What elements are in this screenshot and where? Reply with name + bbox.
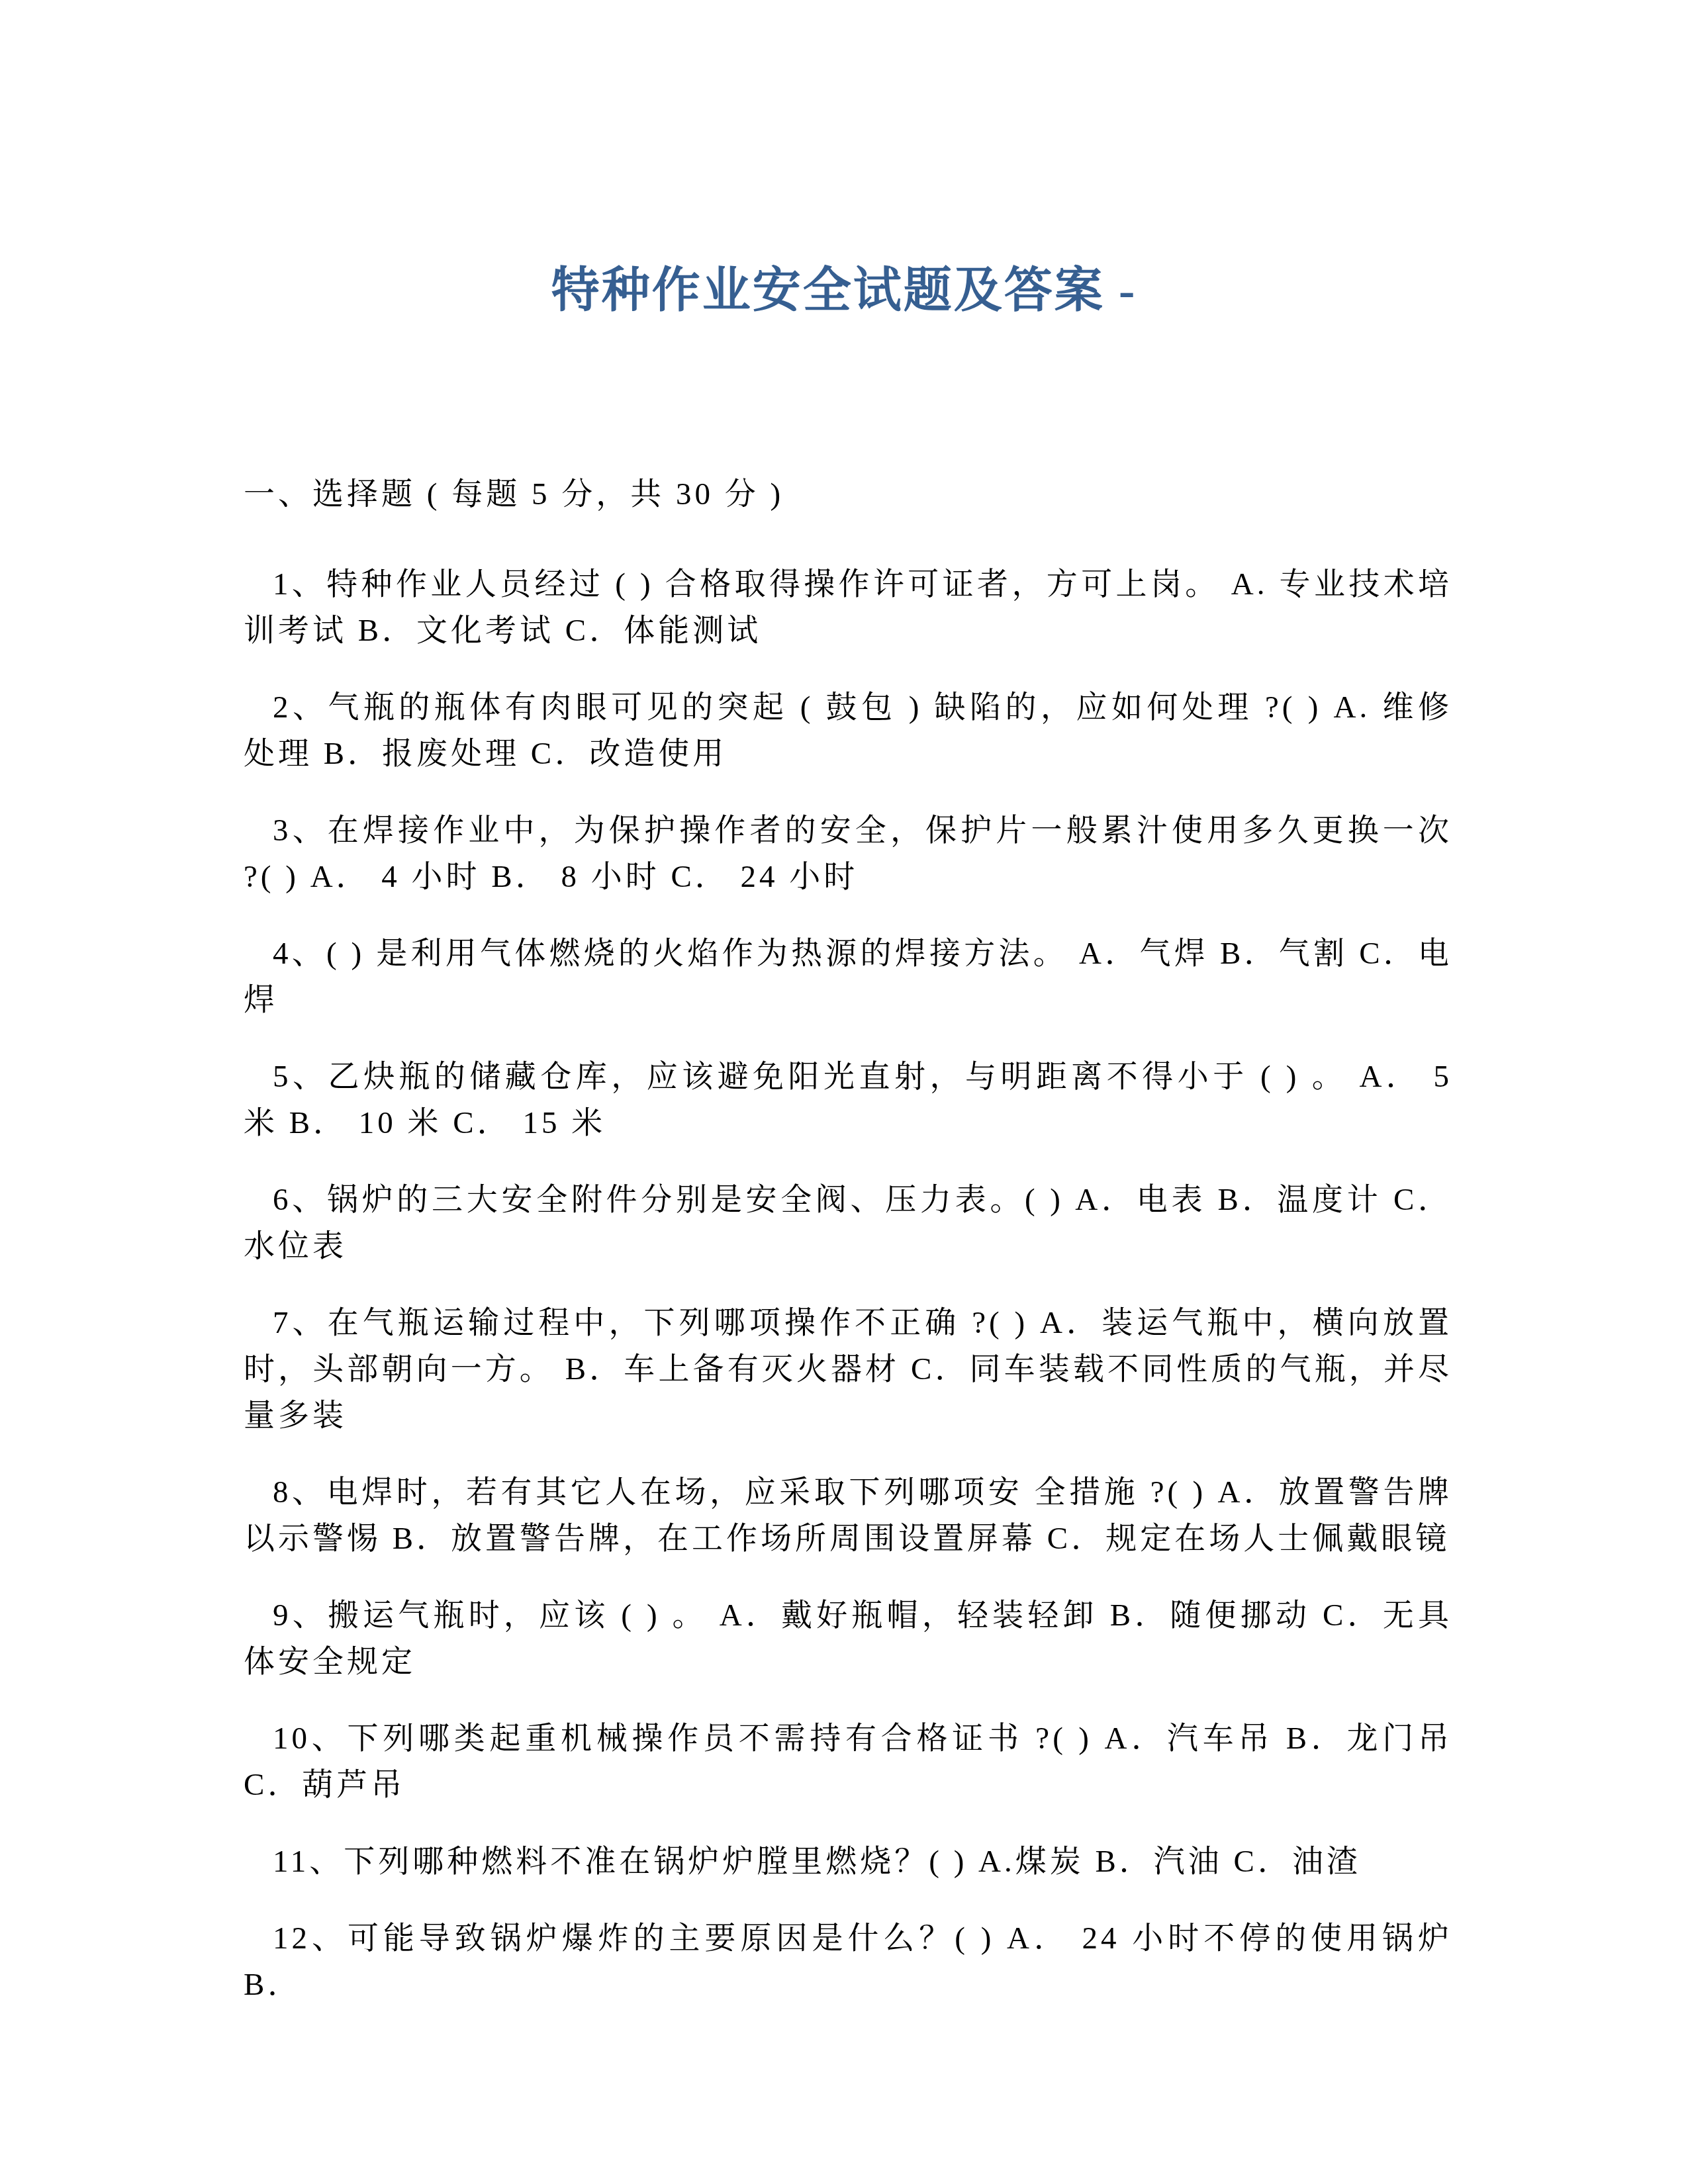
question-10: 10、下列哪类起重机械操作员不需持有合格证书 ?( ) A．汽车吊 B．龙门吊 … xyxy=(244,1715,1452,1808)
question-3: 3、在焊接作业中，为保护操作者的安全，保护片一般累汁使用多久更换一次 ?( ) … xyxy=(244,807,1452,900)
question-2: 2、气瓶的瓶体有肉眼可见的突起 ( 鼓包 ) 缺陷的，应如何处理 ?( ) A.… xyxy=(244,684,1452,777)
document-page: 特种作业安全试题及答案 - 一、选择题 ( 每题 5 分，共 30 分 ) 1、… xyxy=(0,0,1688,2184)
section-heading-multiple-choice: 一、选择题 ( 每题 5 分，共 30 分 ) xyxy=(244,471,1452,518)
question-5: 5、乙炔瓶的储藏仓库，应该避免阳光直射，与明距离不得小于 ( ) 。 A． 5 … xyxy=(244,1054,1452,1146)
document-title: 特种作业安全试题及答案 - xyxy=(0,0,1688,319)
question-4: 4、( ) 是利用气体燃烧的火焰作为热源的焊接方法。 A．气焊 B．气割 C．电… xyxy=(244,931,1452,1023)
question-9: 9、搬运气瓶时，应该 ( ) 。 A．戴好瓶帽，轻装轻卸 B．随便挪动 C．无具… xyxy=(244,1592,1452,1685)
question-12: 12、可能导致锅炉爆炸的主要原因是什么？( ) A． 24 小时不停的使用锅炉 … xyxy=(244,1915,1452,2008)
document-body: 一、选择题 ( 每题 5 分，共 30 分 ) 1、特种作业人员经过 ( ) 合… xyxy=(244,471,1452,2008)
question-1: 1、特种作业人员经过 ( ) 合格取得操作许可证者，方可上岗。 A. 专业技术培… xyxy=(244,561,1452,654)
question-8: 8、电焊时，若有其它人在场，应采取下列哪项安 全措施 ?( ) A．放置警告牌以… xyxy=(244,1469,1452,1562)
question-7: 7、在气瓶运输过程中，下列哪项操作不正确 ?( ) A．装运气瓶中，横向放置时，… xyxy=(244,1300,1452,1439)
question-6: 6、锅炉的三大安全附件分别是安全阀、压力表。( ) A．电表 B．温度计 C．水… xyxy=(244,1177,1452,1269)
question-11: 11、下列哪种燃料不准在锅炉炉膛里燃烧？( ) A.煤炭 B．汽油 C．油渣 xyxy=(244,1839,1452,1885)
